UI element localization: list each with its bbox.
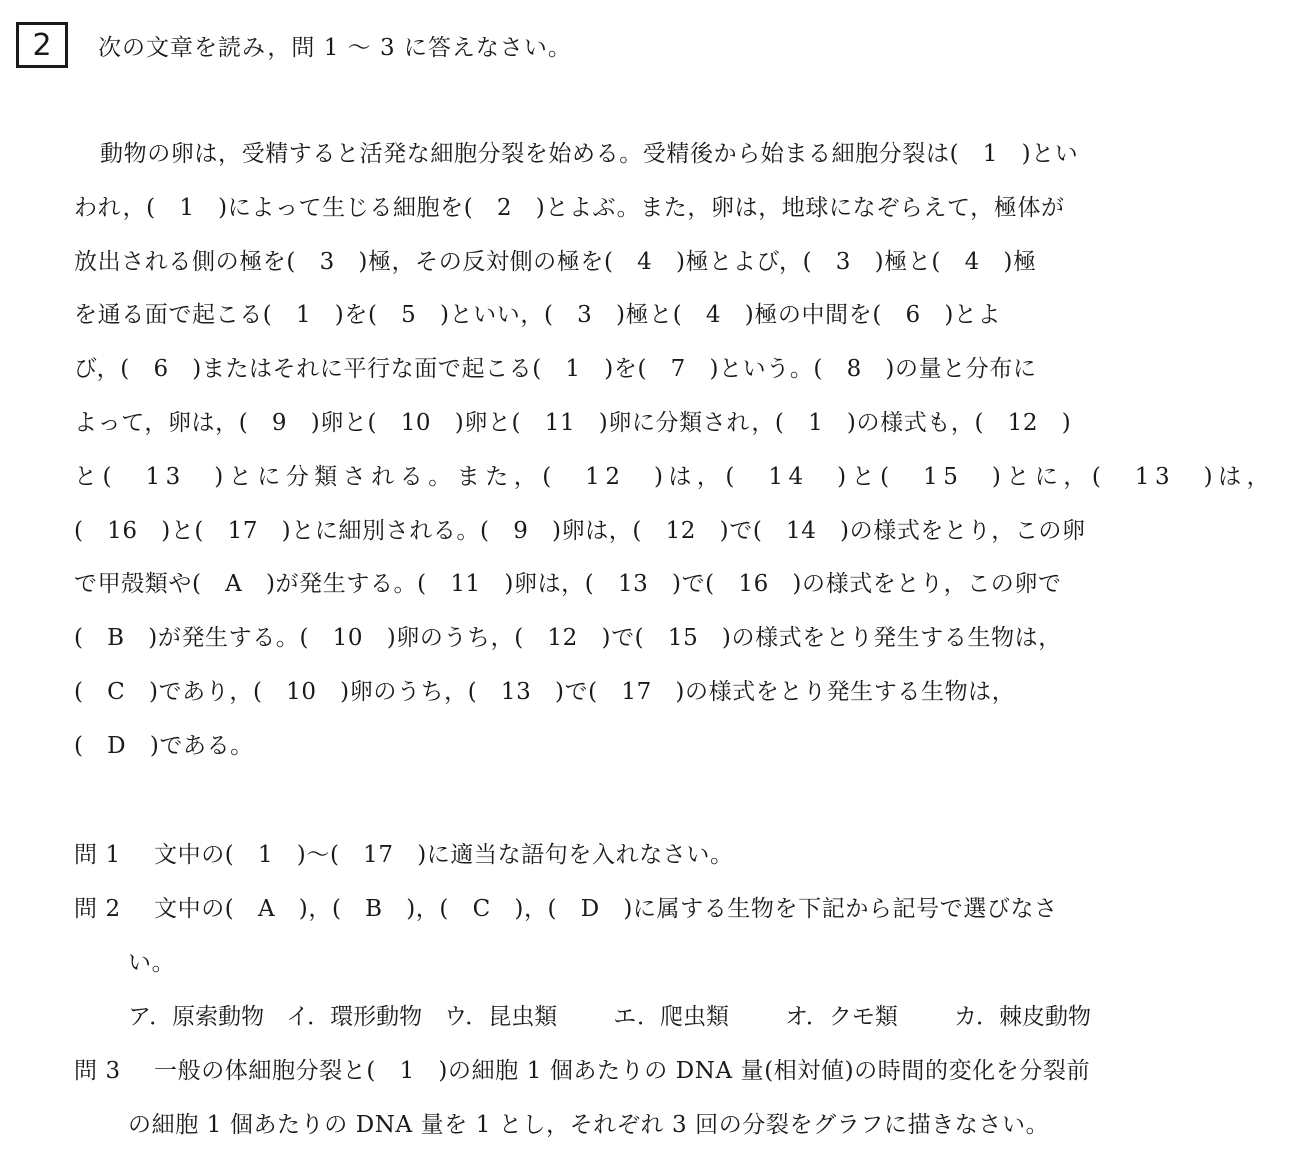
question-2-text: 文中の( A )，( B )，( C )，( D )に属する生物を下記から記号で… bbox=[154, 896, 1058, 922]
choice-i: イ．環形動物 bbox=[286, 990, 422, 1044]
passage-line: ( D )である。 bbox=[74, 720, 1234, 774]
choice-a: ア．原索動物 bbox=[128, 990, 264, 1044]
question-header: 2 次の文章を読み，問 1 ～ 3 に答えなさい。 bbox=[16, 22, 572, 68]
passage-line: ( B )が発生する。( 10 )卵のうち，( 12 )で( 15 )の様式をと… bbox=[74, 612, 1234, 666]
passage-line: と( 13 )とに分類される。また，( 12 )は，( 14 )と( 15 )と… bbox=[74, 451, 1234, 505]
passage-line: び，( 6 )またはそれに平行な面で起こる( 1 )を( 7 )という。( 8 … bbox=[74, 343, 1234, 397]
question-3-text: 一般の体細胞分裂と( 1 )の細胞 1 個あたりの DNA 量(相対値)の時間的… bbox=[154, 1058, 1090, 1084]
question-3-label: 問 3 bbox=[74, 1044, 154, 1098]
passage-line: よって，卵は，( 9 )卵と( 10 )卵と( 11 )卵に分類され，( 1 )… bbox=[74, 397, 1234, 451]
choice-e: エ．爬虫類 bbox=[613, 990, 729, 1044]
passage-line: ( 16 )と( 17 )とに細別される。( 9 )卵は，( 12 )で( 14… bbox=[74, 505, 1234, 559]
passage: 動物の卵は，受精すると活発な細胞分裂を始める。受精後から始まる細胞分裂は( 1 … bbox=[74, 128, 1234, 774]
passage-line: 動物の卵は，受精すると活発な細胞分裂を始める。受精後から始まる細胞分裂は( 1 … bbox=[74, 128, 1234, 182]
question-number-box: 2 bbox=[16, 22, 68, 68]
question-1-text: 文中の( 1 )～( 17 )に適当な語句を入れなさい。 bbox=[154, 842, 734, 868]
question-3: 問 3一般の体細胞分裂と( 1 )の細胞 1 個あたりの DNA 量(相対値)の… bbox=[74, 1044, 1234, 1098]
question-2-continuation: い。 bbox=[74, 936, 1234, 990]
question-2-label: 問 2 bbox=[74, 882, 154, 936]
passage-line: 放出される側の極を( 3 )極，その反対側の極を( 4 )極とよび，( 3 )極… bbox=[74, 236, 1234, 290]
choice-o: オ．クモ類 bbox=[785, 990, 898, 1044]
questions: 問 1文中の( 1 )～( 17 )に適当な語句を入れなさい。 問 2文中の( … bbox=[74, 828, 1234, 1152]
passage-line: われ，( 1 )によって生じる細胞を( 2 )とよぶ。また，卵は，地球になぞらえ… bbox=[74, 182, 1234, 236]
question-3-continuation: の細胞 1 個あたりの DNA 量を 1 とし，それぞれ 3 回の分裂をグラフに… bbox=[74, 1098, 1234, 1152]
passage-line: ( C )であり，( 10 )卵のうち，( 13 )で( 17 )の様式をとり発… bbox=[74, 666, 1234, 720]
passage-line: で甲殻類や( A )が発生する。( 11 )卵は，( 13 )で( 16 )の様… bbox=[74, 558, 1234, 612]
question-2: 問 2文中の( A )，( B )，( C )，( D )に属する生物を下記から… bbox=[74, 882, 1234, 936]
question-1-label: 問 1 bbox=[74, 828, 154, 882]
question-instruction: 次の文章を読み，問 1 ～ 3 に答えなさい。 bbox=[98, 29, 572, 62]
question-1: 問 1文中の( 1 )～( 17 )に適当な語句を入れなさい。 bbox=[74, 828, 1234, 882]
passage-line: を通る面で起こる( 1 )を( 5 )といい，( 3 )極と( 4 )極の中間を… bbox=[74, 289, 1234, 343]
answer-choices: ア．原索動物 イ．環形動物 ウ．昆虫類 エ．爬虫類 オ．クモ類 カ．棘皮動物 bbox=[74, 990, 1234, 1044]
choice-u: ウ．昆虫類 bbox=[444, 990, 557, 1044]
choice-ka: カ．棘皮動物 bbox=[954, 990, 1091, 1044]
